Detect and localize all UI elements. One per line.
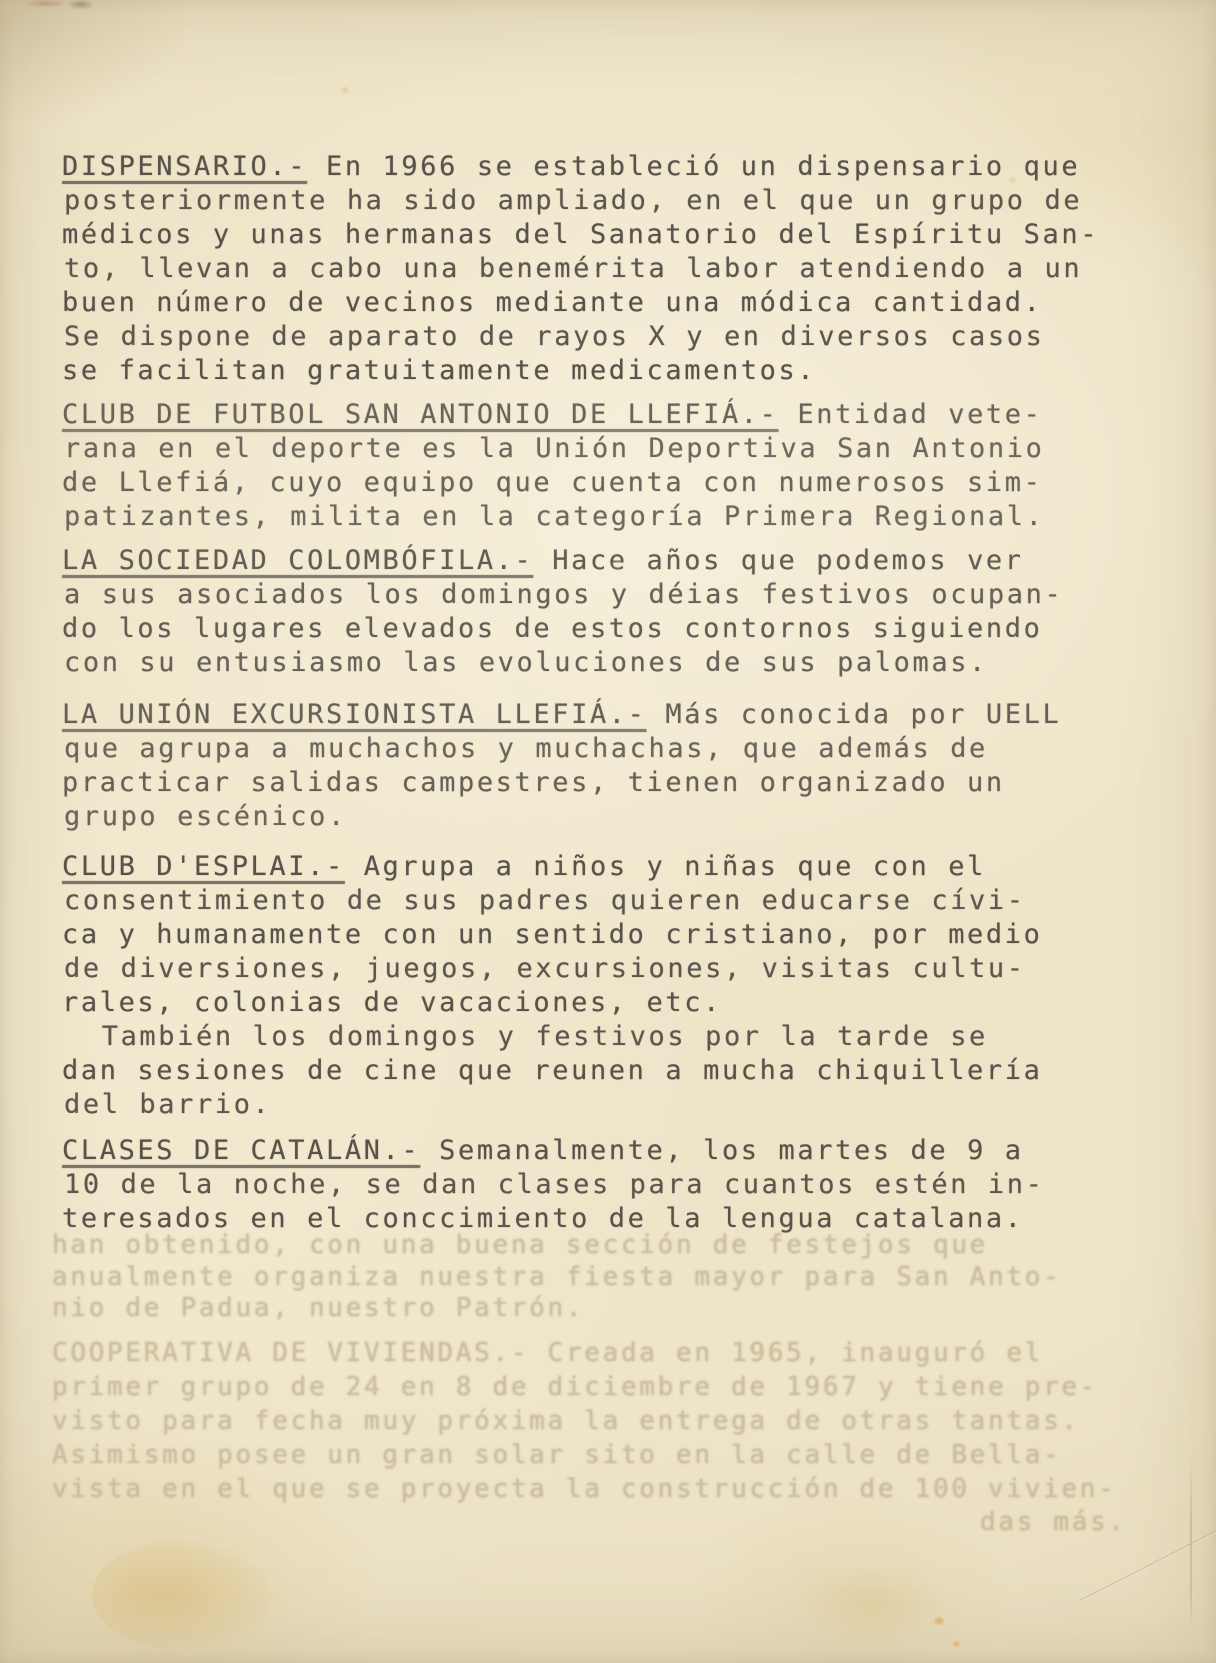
text-line: que agrupa a muchachos y muchachas, que … <box>64 732 1172 766</box>
paragraph: CLASES DE CATALÁN.- Semanalmente, los ma… <box>62 1134 1172 1236</box>
bleedthrough-line: das más. <box>980 1507 1127 1537</box>
section-heading: LA UNIÓN EXCURSIONISTA LLEFIÁ.- <box>62 699 647 730</box>
bleedthrough-line: primer grupo de 24 en 8 de diciembre de … <box>52 1372 1098 1402</box>
text-line: teresados en el conccimiento de la lengu… <box>62 1202 1172 1236</box>
text-line: buen número de vecinos mediante una módi… <box>62 286 1172 320</box>
section-heading: CLUB D'ESPLAI.- <box>62 851 345 882</box>
paper-crease <box>1080 1505 1216 1602</box>
typewritten-page: han obtenido, con una buena sección de f… <box>0 0 1216 1663</box>
line-text: Se dispone de aparato de rayos X y en di… <box>64 321 1044 352</box>
bleedthrough-line: visto para fecha muy próxima la entrega … <box>52 1406 1080 1436</box>
text-line: rana en el deporte es la Unión Deportiva… <box>64 432 1172 466</box>
line-text: se facilitan gratuitamente medicamentos. <box>62 355 816 386</box>
text-line: dan sesiones de cine que reunen a mucha … <box>62 1054 1172 1088</box>
line-text: teresados en el conccimiento de la lengu… <box>62 1203 1024 1234</box>
paper-stain <box>340 86 350 94</box>
line-text: grupo escénico. <box>64 801 347 832</box>
line-text: Más conocida por UELL <box>647 699 1062 730</box>
paper-stain <box>800 1565 950 1645</box>
corner-smudge <box>26 0 66 7</box>
bleedthrough-line: COOPERATIVA DE VIVIENDAS.- Creada en 196… <box>52 1338 1043 1368</box>
section-heading: CLUB DE FUTBOL SAN ANTONIO DE LLEFIÁ.- <box>62 399 779 430</box>
corner-speck <box>68 0 94 9</box>
bleedthrough-line: anualmente organiza nuestra fiesta mayor… <box>52 1262 1061 1292</box>
line-text: practicar salidas campestres, tienen org… <box>62 767 1005 798</box>
line-text: de Llefiá, cuyo equipo que cuenta con nu… <box>62 467 1042 498</box>
line-text: buen número de vecinos mediante una módi… <box>62 287 1042 318</box>
paper-stain <box>92 1540 272 1650</box>
paragraph: LA UNIÓN EXCURSIONISTA LLEFIÁ.- Más cono… <box>62 698 1172 834</box>
line-text: del barrio. <box>64 1089 271 1120</box>
line-text: patizantes, milita en la categoría Prime… <box>64 501 1044 532</box>
line-text: do los lugares elevados de estos contorn… <box>62 613 1042 644</box>
text-line: do los lugares elevados de estos contorn… <box>62 612 1172 646</box>
text-line: También los domingos y festivos por la t… <box>64 1020 1172 1054</box>
paragraph: DISPENSARIO.- En 1966 se estableció un d… <box>62 150 1172 388</box>
text-line: grupo escénico. <box>64 800 1172 834</box>
paragraph: CLUB D'ESPLAI.- Agrupa a niños y niñas q… <box>62 850 1172 1122</box>
text-line: de Llefiá, cuyo equipo que cuenta con nu… <box>62 466 1172 500</box>
text-line: consentimiento de sus padres quieren edu… <box>64 884 1172 918</box>
text-line: CLUB DE FUTBOL SAN ANTONIO DE LLEFIÁ.- E… <box>62 398 1172 432</box>
line-text: to, llevan a cabo una benemérita labor a… <box>64 253 1082 284</box>
line-text: rales, colonias de vacaciones, etc. <box>62 987 722 1018</box>
text-line: practicar salidas campestres, tienen org… <box>62 766 1172 800</box>
line-text: Agrupa a niños y niñas que con el <box>345 851 986 882</box>
line-text: a sus asociados los domingos y déias fes… <box>64 579 1063 610</box>
section-heading: CLASES DE CATALÁN.- <box>62 1135 420 1166</box>
text-line: CLUB D'ESPLAI.- Agrupa a niños y niñas q… <box>62 850 1172 884</box>
text-line: médicos y unas hermanas del Sanatorio de… <box>62 218 1172 252</box>
line-text: También los domingos y festivos por la t… <box>64 1021 988 1052</box>
text-line: 10 de la noche, se dan clases para cuant… <box>64 1168 1172 1202</box>
paragraph: LA SOCIEDAD COLOMBÓFILA.- Hace años que … <box>62 544 1172 680</box>
section-heading: DISPENSARIO.- <box>62 151 307 182</box>
text-line: DISPENSARIO.- En 1966 se estableció un d… <box>62 150 1172 184</box>
text-line: posteriormente ha sido ampliado, en el q… <box>64 184 1172 218</box>
paragraph: CLUB DE FUTBOL SAN ANTONIO DE LLEFIÁ.- E… <box>62 398 1172 534</box>
text-line: patizantes, milita en la categoría Prime… <box>64 500 1172 534</box>
text-line: a sus asociados los domingos y déias fes… <box>64 578 1172 612</box>
text-line: Se dispone de aparato de rayos X y en di… <box>64 320 1172 354</box>
text-line: ca y humanamente con un sentido cristian… <box>62 918 1172 952</box>
text-line: LA SOCIEDAD COLOMBÓFILA.- Hace años que … <box>62 544 1172 578</box>
line-text: que agrupa a muchachos y muchachas, que … <box>64 733 988 764</box>
line-text: con su entusiasmo las evoluciones de sus… <box>64 647 988 678</box>
line-text: rana en el deporte es la Unión Deportiva… <box>64 433 1044 464</box>
paper-crease <box>1190 1455 1192 1630</box>
line-text: Entidad vete- <box>779 399 1043 430</box>
line-text: consentimiento de sus padres quieren edu… <box>64 885 1026 916</box>
line-text: ca y humanamente con un sentido cristian… <box>62 919 1042 950</box>
line-text: Hace años que podemos ver <box>533 545 1023 576</box>
text-line: to, llevan a cabo una benemérita labor a… <box>64 252 1172 286</box>
line-text: 10 de la noche, se dan clases para cuant… <box>64 1169 1044 1200</box>
line-text: Semanalmente, los martes de 9 a <box>420 1135 1023 1166</box>
paper-stain <box>952 1640 961 1648</box>
line-text: En 1966 se estableció un dispensario que <box>307 151 1080 182</box>
text-line: con su entusiasmo las evoluciones de sus… <box>64 646 1172 680</box>
line-text: de diversiones, juegos, excursiones, vis… <box>64 953 1026 984</box>
text-line: rales, colonias de vacaciones, etc. <box>62 986 1172 1020</box>
typewritten-text: DISPENSARIO.- En 1966 se estableció un d… <box>62 150 1172 1236</box>
text-line: se facilitan gratuitamente medicamentos. <box>62 354 1172 388</box>
line-text: médicos y unas hermanas del Sanatorio de… <box>62 219 1099 250</box>
bleedthrough-line: nio de Padua, nuestro Patrón. <box>52 1293 584 1323</box>
text-line: de diversiones, juegos, excursiones, vis… <box>64 952 1172 986</box>
bleedthrough-line: vista en el que se proyecta la construcc… <box>52 1474 1117 1504</box>
text-line: LA UNIÓN EXCURSIONISTA LLEFIÁ.- Más cono… <box>62 698 1172 732</box>
paper-stain <box>933 1616 945 1626</box>
line-text: dan sesiones de cine que reunen a mucha … <box>62 1055 1042 1086</box>
line-text: posteriormente ha sido ampliado, en el q… <box>64 185 1082 216</box>
text-line: del barrio. <box>64 1088 1172 1122</box>
bleedthrough-line: Asimismo posee un gran solar sito en la … <box>52 1440 1061 1470</box>
text-line: CLASES DE CATALÁN.- Semanalmente, los ma… <box>62 1134 1172 1168</box>
section-heading: LA SOCIEDAD COLOMBÓFILA.- <box>62 545 533 576</box>
